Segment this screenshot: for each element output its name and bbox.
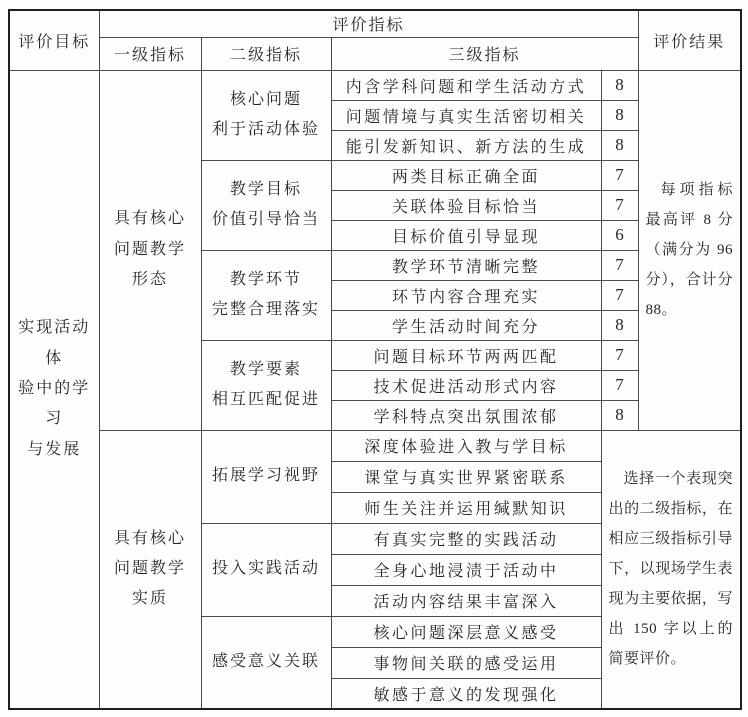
level3-item-cell: 关联体验目标恰当	[331, 190, 601, 220]
level3-item-cell: 敏感于意义的发现强化	[331, 678, 601, 709]
header-level2: 二级指标	[201, 37, 331, 70]
score-cell: 7	[601, 370, 638, 400]
result-note-upper: 每项指标最高评 8 分（满分为 96 分），合计分 88。	[638, 70, 741, 430]
header-row-1: 评价目标 评价指标 评价结果	[9, 10, 741, 37]
score-cell: 8	[601, 100, 638, 130]
level2-cell: 投入实践活动	[201, 523, 331, 616]
level3-item-cell: 技术促进活动形式内容	[331, 370, 601, 400]
level2-cell: 教学环节 完整合理落实	[201, 250, 331, 340]
level3-item-cell: 问题目标环节两两匹配	[331, 340, 601, 370]
header-level1: 一级指标	[99, 37, 201, 70]
level3-item-cell: 教学环节清晰完整	[331, 250, 601, 280]
score-cell: 7	[601, 250, 638, 280]
score-cell: 7	[601, 190, 638, 220]
score-cell: 8	[601, 130, 638, 160]
level3-item-cell: 能引发新知识、新方法的生成	[331, 130, 601, 160]
level3-item-cell: 问题情境与真实生活密切相关	[331, 100, 601, 130]
level3-item-cell: 全身心地浸渍于活动中	[331, 554, 601, 585]
score-cell: 7	[601, 280, 638, 310]
level3-item-cell: 内含学科问题和学生活动方式	[331, 70, 601, 100]
level3-item-cell: 事物间关联的感受运用	[331, 647, 601, 678]
result-note-lower: 选择一个表现突出的二级指标，在相应三级指标引导下，以现场学生表现为主要依据，写出…	[601, 430, 741, 709]
evaluation-form-page: 评价目标 评价指标 评价结果 一级指标 二级指标 三级指标 实现活动体 验中的学…	[0, 0, 748, 717]
header-result: 评价结果	[638, 10, 741, 70]
table-row: 具有核心 问题教学 实质 拓展学习视野 深度体验进入教与学目标 选择一个表现突出…	[9, 430, 741, 461]
score-cell: 7	[601, 160, 638, 190]
level2-cell: 教学要素 相互匹配促进	[201, 340, 331, 430]
level3-item-cell: 有真实完整的实践活动	[331, 523, 601, 554]
level2-cell: 拓展学习视野	[201, 430, 331, 523]
evaluation-table: 评价目标 评价指标 评价结果 一级指标 二级指标 三级指标 实现活动体 验中的学…	[8, 9, 742, 710]
level3-item-cell: 目标价值引导显现	[331, 220, 601, 250]
level3-item-cell: 学科特点突出氛围浓郁	[331, 400, 601, 430]
level3-item-cell: 深度体验进入教与学目标	[331, 430, 601, 461]
score-cell: 7	[601, 340, 638, 370]
score-cell: 8	[601, 70, 638, 100]
level3-item-cell: 课堂与真实世界紧密联系	[331, 461, 601, 492]
level2-cell: 感受意义关联	[201, 616, 331, 709]
level3-item-cell: 活动内容结果丰富深入	[331, 585, 601, 616]
level3-item-cell: 学生活动时间充分	[331, 310, 601, 340]
level2-cell: 核心问题 利于活动体验	[201, 70, 331, 160]
header-level3: 三级指标	[331, 37, 638, 70]
level1-cell: 具有核心 问题教学 实质	[99, 430, 201, 709]
goal-cell: 实现活动体 验中的学习 与发展	[9, 70, 99, 709]
score-cell: 8	[601, 400, 638, 430]
level3-item-cell: 环节内容合理充实	[331, 280, 601, 310]
header-indicators: 评价指标	[99, 10, 638, 37]
level2-cell: 教学目标 价值引导恰当	[201, 160, 331, 250]
level3-item-cell: 师生关注并运用缄默知识	[331, 492, 601, 523]
score-cell: 6	[601, 220, 638, 250]
level3-item-cell: 两类目标正确全面	[331, 160, 601, 190]
level1-cell: 具有核心 问题教学 形态	[99, 70, 201, 430]
header-goal: 评价目标	[9, 10, 99, 70]
level3-item-cell: 核心问题深层意义感受	[331, 616, 601, 647]
score-cell: 8	[601, 310, 638, 340]
table-row: 实现活动体 验中的学习 与发展 具有核心 问题教学 形态 核心问题 利于活动体验…	[9, 70, 741, 100]
header-row-2: 一级指标 二级指标 三级指标	[9, 37, 741, 70]
